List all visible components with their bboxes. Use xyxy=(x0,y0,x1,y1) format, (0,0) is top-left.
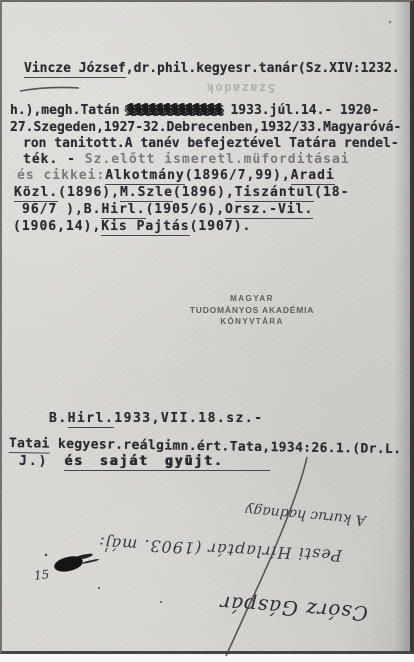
typed-text: 27.Szegeden,1927-32.Debrecenben,1932/33.… xyxy=(10,120,401,135)
stamp-line: KÖNYVTÁRA xyxy=(188,316,316,328)
typed-text-faded: Sz.előtt ismeretl.müforditásai xyxy=(85,152,350,167)
typed-text: 1933,VII.18.sz.- xyxy=(114,411,263,426)
journal-title: M.Szle xyxy=(120,185,173,202)
typed-text-faded: és cikkei: xyxy=(17,168,105,183)
typed-line-9: (1906,14),Kis Pajtás(1907). xyxy=(13,219,251,234)
typed-text: ,dr.phil.kegyesr.tanár(Sz.XIV:1232. xyxy=(126,61,400,76)
journal-title: Tiszántul xyxy=(235,185,314,202)
typed-line-2: h.),megh.Tatán §§§§§§§§§§§§§ 1933.júl.14… xyxy=(10,103,379,118)
stamp-line: MAGYAR xyxy=(188,293,316,304)
typed-text: J.) xyxy=(19,454,64,469)
typed-text: B. xyxy=(49,411,68,426)
journal-title: Aradi xyxy=(291,168,335,185)
journal-title: Hirl. xyxy=(68,411,115,428)
hand-underline-stroke xyxy=(20,87,79,91)
typed-text: ron tanitott.A tanév befejeztével Tatára… xyxy=(23,136,399,151)
journal-title: Kis Pajtás xyxy=(101,219,189,236)
source-line-3: J.) és saját gyüjt. xyxy=(19,454,270,469)
cancelled-overtype: §§§§§§§§§§§§§ xyxy=(127,103,222,118)
typed-line-6: és cikkei:Alkotmány(1896/7,99),Aradi xyxy=(17,168,335,183)
typed-text: (1907). xyxy=(190,219,252,234)
typed-text: és saját gyüjt. xyxy=(64,454,269,471)
journal-title: Alkotmány xyxy=(105,168,184,185)
typed-line-3: 27.Szegeden,1927-32.Debrecenben,1932/33.… xyxy=(10,120,401,135)
library-stamp: MAGYAR TUDOMÁNYOS AKADÉMIA KÖNYVTÁRA xyxy=(188,293,316,328)
typed-text: 96/7 ),B. xyxy=(22,202,101,217)
source-title: Tatai xyxy=(9,436,50,454)
speck xyxy=(389,21,392,24)
typed-text: ték. - xyxy=(23,152,85,167)
journal-title: Orsz.-Vil. xyxy=(225,202,313,219)
source-line-1: B.Hirl.1933,VII.18.sz.- xyxy=(49,411,264,426)
typed-text: (1896/7,99), xyxy=(185,168,291,183)
journal-title: Közl. xyxy=(14,185,58,202)
offset-print-text: Szazadok xyxy=(183,81,275,95)
typed-line-1: Vincze József,dr.phil.kegyesr.tanár(Sz.X… xyxy=(24,61,400,76)
handwritten-signature: Csórz Gáspár xyxy=(147,586,368,625)
typed-text: (1896), xyxy=(173,185,235,200)
stamp-line: TUDOMÁNYOS AKADÉMIA xyxy=(188,304,316,316)
subject-name: Vincze József xyxy=(24,61,126,78)
typed-text: (18- xyxy=(314,185,349,200)
speck xyxy=(45,554,47,556)
scanned-card-page: Szazadok Vincze József,dr.phil.kegyesr.t… xyxy=(0,0,414,662)
ink-blot xyxy=(53,554,84,574)
typed-line-4: ron tanitott.A tanév befejeztével Tatára… xyxy=(23,136,399,151)
index-card: Szazadok Vincze József,dr.phil.kegyesr.t… xyxy=(0,0,414,654)
speck xyxy=(98,587,100,589)
typed-line-5: ték. - Sz.előtt ismeretl.müforditásai xyxy=(23,152,350,167)
journal-title: Hirl. xyxy=(101,202,145,219)
typed-text: (1896), xyxy=(58,185,120,200)
typed-text: h.),megh.Tatán xyxy=(10,103,127,118)
typed-text: 1933.júl.14.- 1920- xyxy=(223,103,380,118)
typed-text: (1906,14), xyxy=(13,219,101,234)
handwritten-note-1: A kuruc hadnagy xyxy=(226,500,367,528)
handwritten-margin-number: 15 xyxy=(33,567,50,583)
typed-text: (1905/6), xyxy=(146,202,225,217)
typed-line-7: Közl.(1896),M.Szle(1896),Tiszántul(18- xyxy=(14,185,349,200)
typed-line-8: 96/7 ),B.Hirl.(1905/6),Orsz.-Vil. xyxy=(22,202,313,217)
